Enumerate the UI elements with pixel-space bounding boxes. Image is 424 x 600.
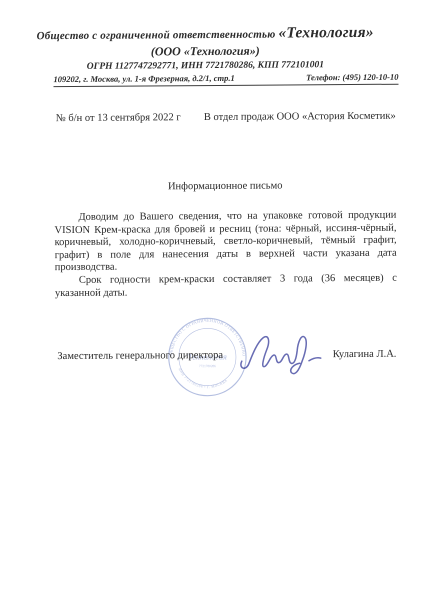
company-stamp-icon: ОБЩЕСТВО С ОГРАНИЧЕННОЙ ОТВЕТСТВЕННОСТЬЮ… [165, 315, 250, 400]
letterhead-contact-row: 109202, г. Москва, ул. 1-я Фрезерная, д.… [53, 72, 398, 87]
letter-content: Общество с ограниченной ответственностью… [0, 0, 424, 600]
letter-body: Доводим до Вашего сведения, что на упако… [54, 210, 397, 301]
document-page: Общество с ограниченной ответственностью… [0, 0, 424, 600]
stamp-inn-text: 7721780286 [199, 364, 216, 368]
company-name-quoted: «Технология» [278, 24, 373, 42]
letter-title: Информационное письмо [54, 180, 396, 193]
company-address: 109202, г. Москва, ул. 1-я Фрезерная, д.… [53, 73, 234, 84]
signer-name: Кулагина Л.А. [333, 349, 397, 360]
stamp-ring-text-bottom: ИНН 7721780286 • Г. МОСКВА [178, 367, 229, 389]
company-phone: Телефон: (495) 120-10-10 [306, 72, 398, 83]
registration-numbers: ОГРН 1127747292771, ИНН 7721780286, КПП … [0, 60, 412, 73]
letter-number-date: № б/н от 13 сентября 2022 г [56, 112, 181, 124]
letter-paragraph-1: Доводим до Вашего сведения, что на упако… [54, 210, 396, 275]
signature-stroke [241, 336, 321, 374]
letter-meta-row: № б/н от 13 сентября 2022 г В отдел прод… [56, 111, 396, 124]
company-short-name: (ООО «Технология») [0, 43, 412, 61]
stamp-ring-text-top: ОБЩЕСТВО С ОГРАНИЧЕННОЙ ОТВЕТСТВЕННОСТЬЮ [165, 315, 247, 358]
letter-recipient: В отдел продаж ООО «Астория Косметик» [204, 111, 396, 123]
stamp-center-text: Технология [188, 352, 227, 361]
company-name-prefix: Общество с ограниченной ответственностью [37, 29, 276, 43]
company-name-line: Общество с ограниченной ответственностью… [0, 24, 412, 45]
handwritten-signature-icon [238, 325, 322, 380]
letter-paragraph-2: Срок годности крем-краски составляет 3 г… [55, 273, 397, 301]
